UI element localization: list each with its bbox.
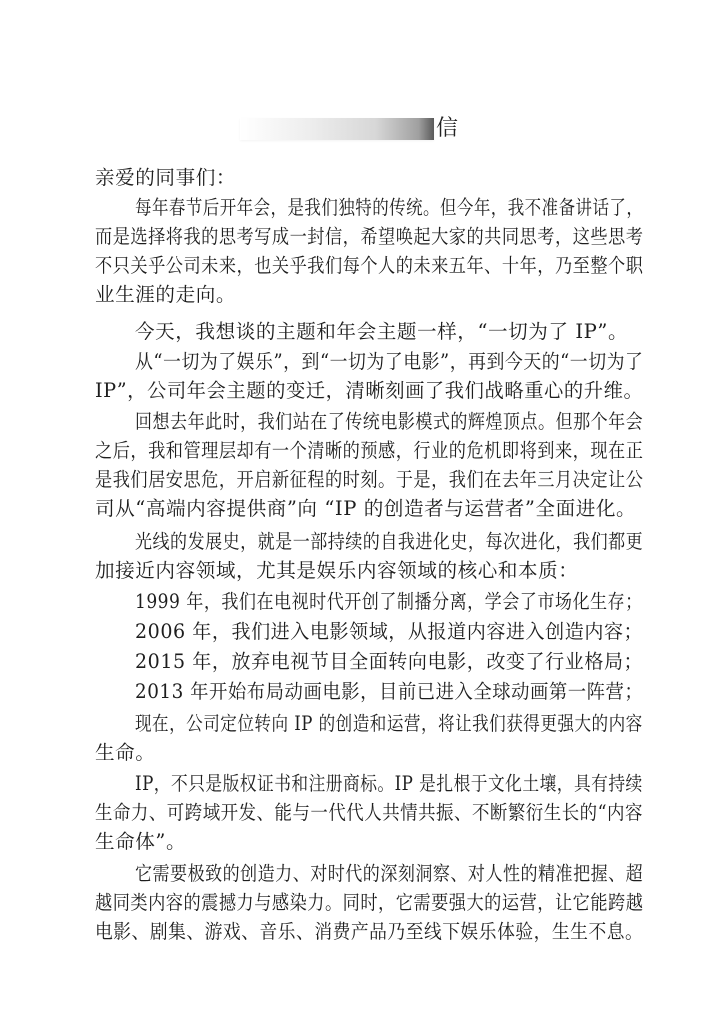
body-line: 司从“高端内容提供商”向 “IP 的创造者与运营者”全面进化。 [95,496,636,522]
body-line: 现在，公司定位转向 IP 的创造和运营，将让我们获得更强大的内容 [135,711,643,737]
body-line: 越同类内容的震撼力与感染力。同时，它需要强大的运营，让它能跨越 [95,890,643,916]
body-line: IP”，公司年会主题的变迁，清晰刻画了我们战略重心的升维。 [95,378,643,404]
body-line: 是我们居安思危，开启新征程的时刻。于是，我们在去年三月决定让公 [95,467,643,493]
milestone-line: 2006 年，我们进入电影领域，从报道内容进入创造内容； [135,619,643,645]
title-redaction-bar [240,118,434,140]
body-line: IP，不只是版权证书和注册商标。IP 是扎根于文化土壤，具有持续 [135,771,643,797]
document-page: 信 亲爱的同事们： 每年春节后开年会，是我们独特的传统。但今年，我不准备讲话了，… [0,0,719,1018]
milestone-line: 2013 年开始布局动画电影，目前已进入全球动画第一阵营； [135,679,643,705]
body-line: 电影、剧集、游戏、音乐、消费产品乃至线下娱乐体验，生生不息。 [95,919,643,945]
body-line: 加接近内容领域，尤其是娱乐内容领域的核心和本质： [95,558,578,584]
body-line: 从“一切为了娱乐”，到“一切为了电影”，再到今天的“一切为了 [135,349,643,375]
title-visible-text: 信 [436,114,458,144]
body-line: 生命力、可跨域开发、能与一代代人共情共振、不断繁衍生长的“内容 [95,800,643,826]
salutation: 亲爱的同事们： [95,165,236,191]
body-line: 而是选择将我的思考写成一封信，希望唤起大家的共同思考，这些思考 [95,224,643,250]
body-line: 生命体”。 [95,829,186,855]
body-line: 今天，我想谈的主题和年会主题一样，“一切为了 IP”。 [135,319,628,345]
milestone-line: 1999 年，我们在电视时代开创了制播分离，学会了市场化生存； [135,589,643,615]
body-line: 光线的发展史，就是一部持续的自我进化史，每次进化，我们都更 [135,529,643,555]
body-line: 它需要极致的创造力、对时代的深刻洞察、对人性的精准把握、超 [135,861,643,887]
letter-title: 信 [240,114,458,144]
body-line: 不只关乎公司未来，也关乎我们每个人的未来五年、十年，乃至整个职 [95,253,643,279]
milestone-line: 2015 年，放弃电视节目全面转向电影，改变了行业格局； [135,649,643,675]
body-line: 生命。 [95,740,155,766]
body-line: 回想去年此时，我们站在了传统电影模式的辉煌顶点。但那个年会 [135,409,643,435]
body-line: 之后，我和管理层却有一个清晰的预感，行业的危机即将到来，现在正 [95,438,643,464]
body-line: 每年春节后开年会，是我们独特的传统。但今年，我不准备讲话了， [135,195,643,221]
body-line: 业生涯的走向。 [95,282,236,308]
